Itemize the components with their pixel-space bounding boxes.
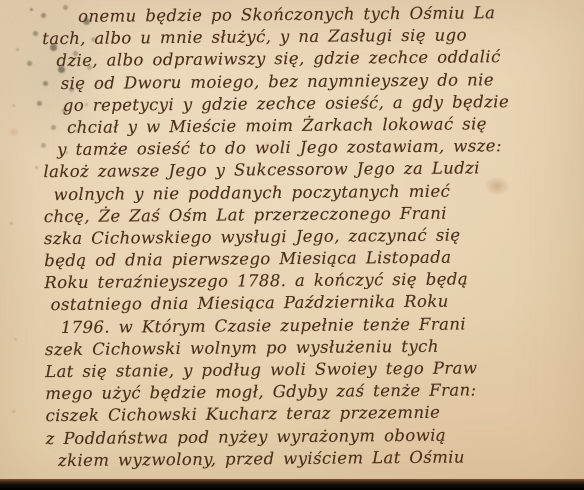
manuscript-page: onemu będzie po Skończonych tych Ośmiu L…: [0, 0, 584, 490]
scan-bottom-edge: [0, 479, 584, 490]
manuscript-line: zkiem wyzwolony, przed wyiściem Lat Ośmi…: [2, 445, 584, 472]
manuscript-text-block: onemu będzie po Skończonych tych Ośmiu L…: [0, 1, 584, 472]
